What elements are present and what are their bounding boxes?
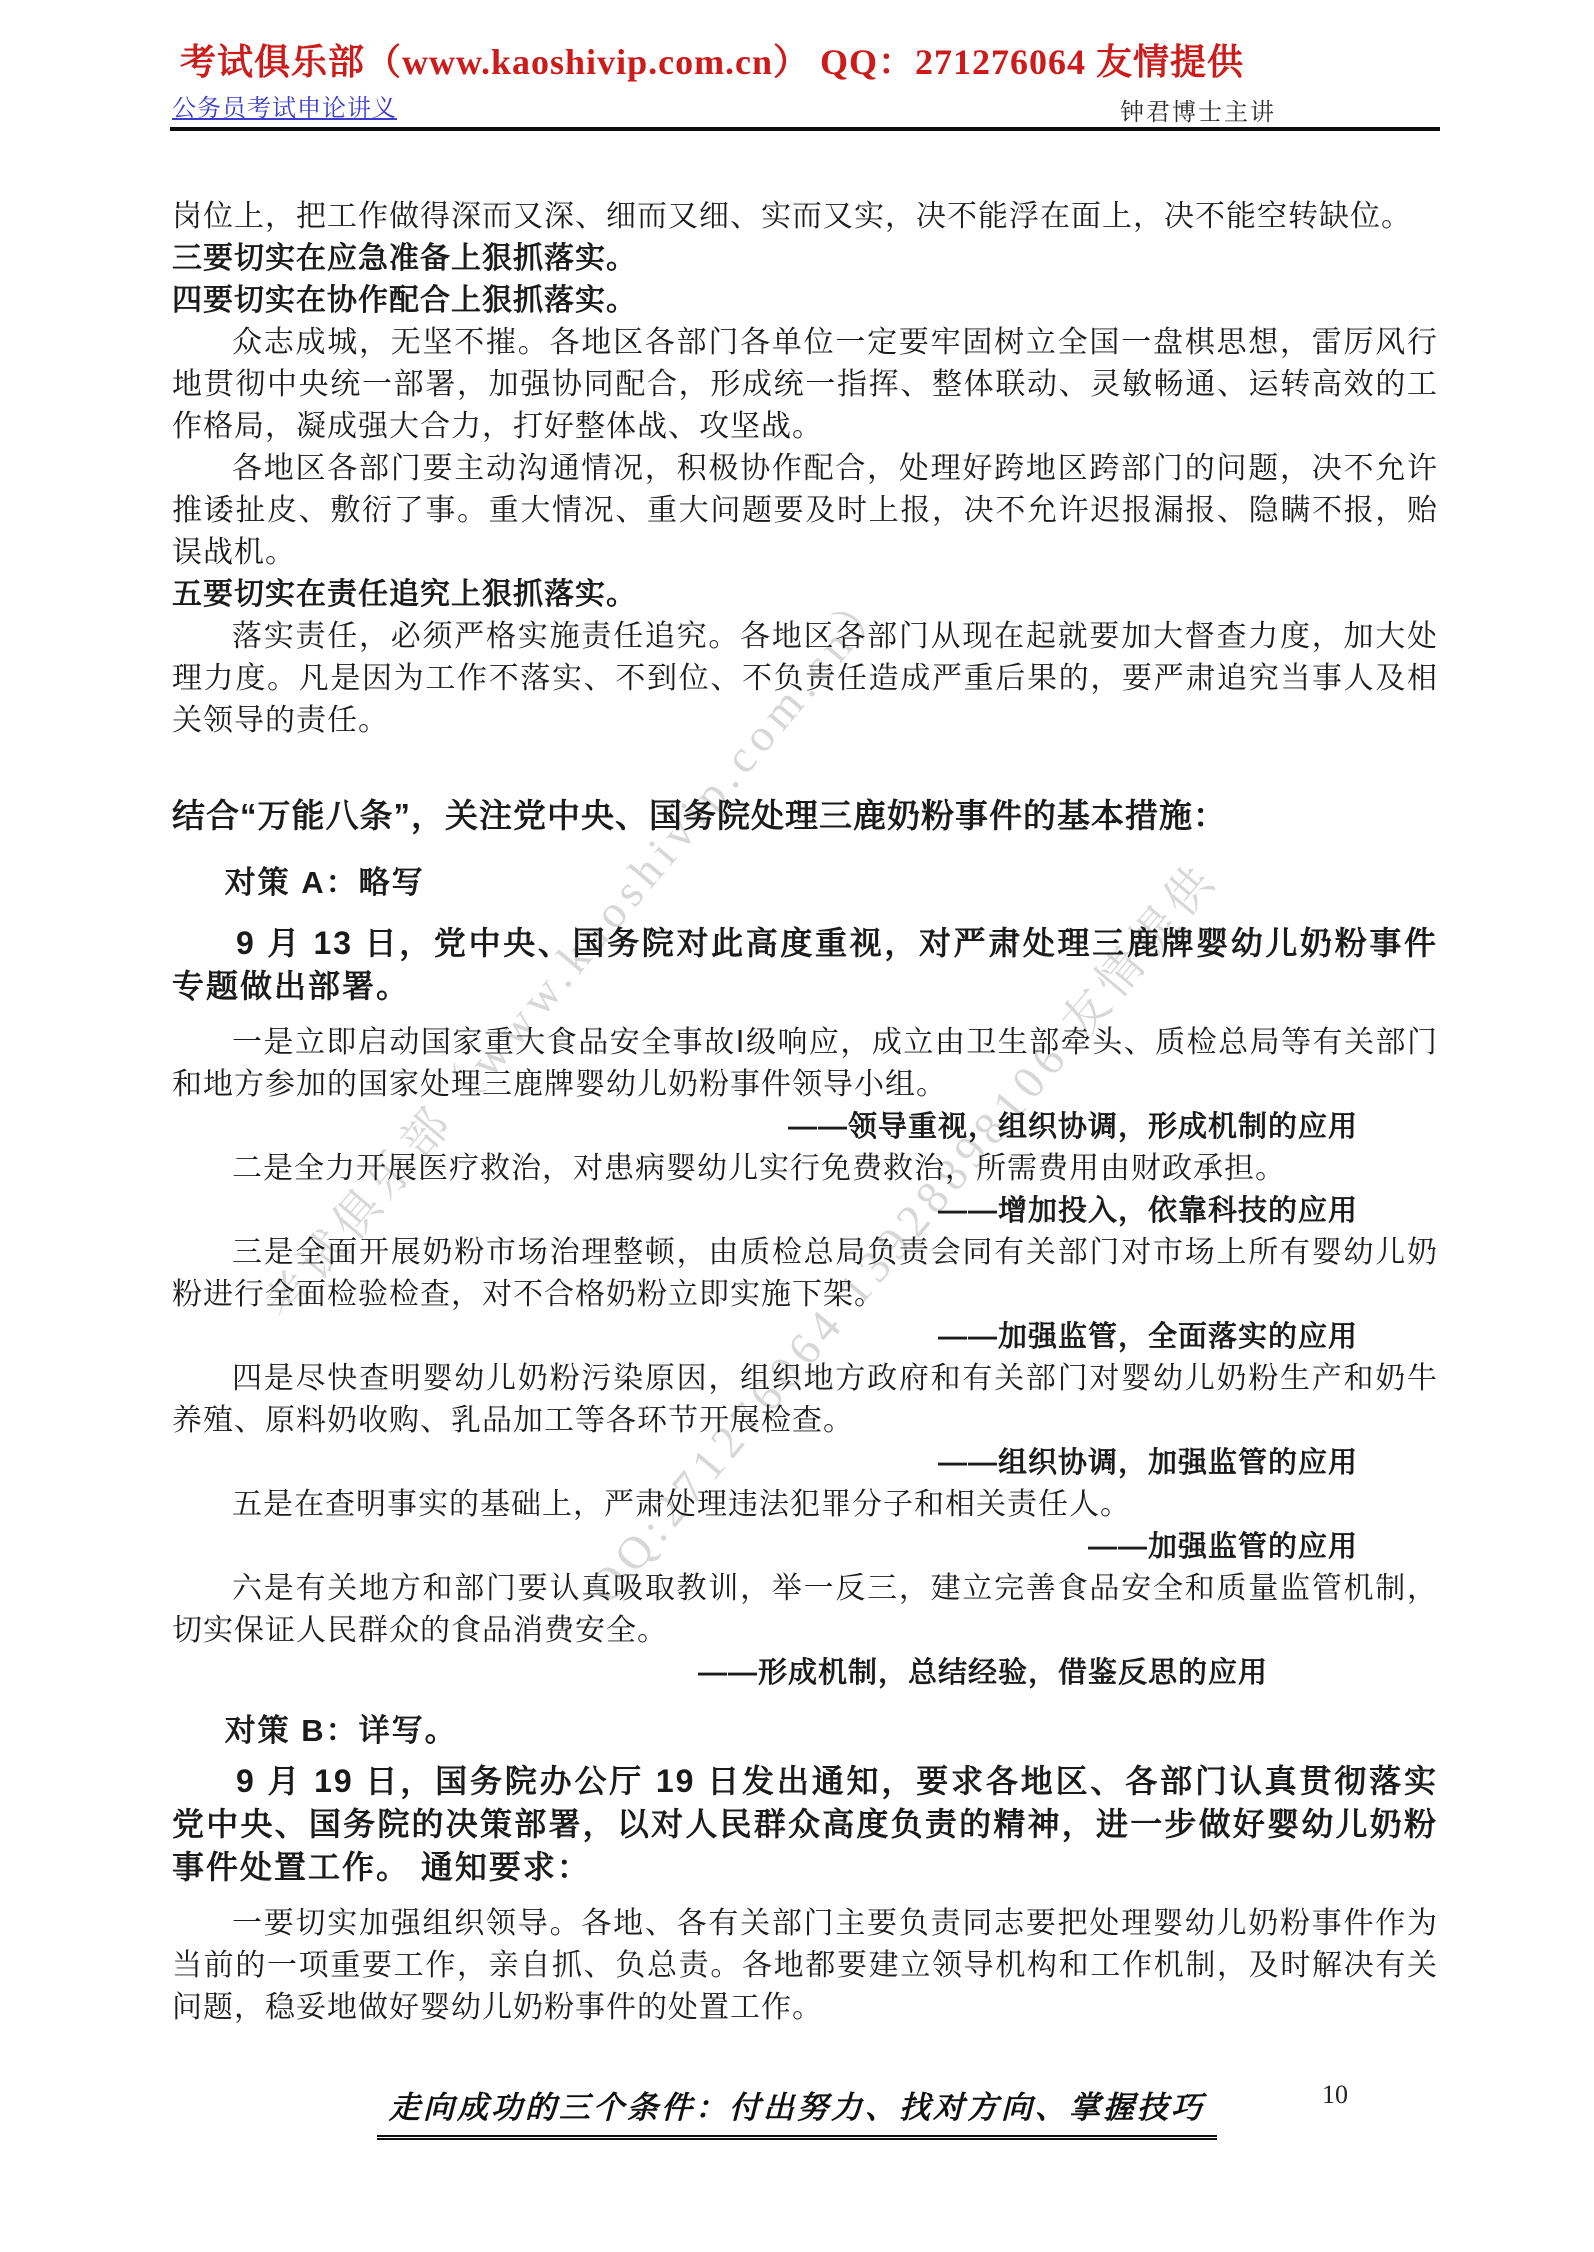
tag-line: ——增加投入，依靠科技的应用	[172, 1190, 1438, 1232]
bold-paragraph: 9 月 19 日，国务院办公厅 19 日发出通知，要求各地区、各部门认真贯彻落实…	[172, 1760, 1438, 1889]
paragraph: 一要切实加强组织领导。各地、各有关部门主要负责同志要把处理婴幼儿奶粉事件作为当前…	[172, 1903, 1438, 2029]
paragraph: 六是有关地方和部门要认真吸取教训，举一反三，建立完善食品安全和质量监管机制，切实…	[172, 1568, 1438, 1652]
bold-heading-three: 三要切实在应急准备上狠抓落实。	[172, 238, 1438, 280]
document-page: 考试俱乐部（www.kaoshivip.com.cn） QQ:271276064…	[0, 0, 1594, 2252]
paragraph: 四是尽快查明婴幼儿奶粉污染原因，组织地方政府和有关部门对婴幼儿奶粉生产和奶牛养殖…	[172, 1358, 1438, 1442]
tag-line: ——加强监管，全面落实的应用	[172, 1316, 1438, 1358]
paragraph: 落实责任，必须严格实施责任追究。各地区各部门从现在起就要加大督查力度，加大处理力…	[172, 616, 1438, 742]
paragraph: 一是立即启动国家重大食品安全事故Ⅰ级响应，成立由卫生部牵头、质检总局等有关部门和…	[172, 1022, 1438, 1106]
section-title: 结合“万能八条”，关注党中央、国务院处理三鹿奶粉事件的基本措施：	[172, 794, 1438, 838]
paragraph-continuation: 岗位上，把工作做得深而又深、细而又细、实而又实，决不能浮在面上，决不能空转缺位。	[172, 196, 1438, 238]
paragraph: 各地区各部门要主动沟通情况，积极协作配合，处理好跨地区跨部门的问题，决不允许推诿…	[172, 448, 1438, 574]
header-banner: 考试俱乐部（www.kaoshivip.com.cn） QQ：271276064…	[180, 34, 1520, 85]
paragraph: 二是全力开展医疗救治，对患病婴幼儿实行免费救治，所需费用由财政承担。	[172, 1148, 1438, 1190]
footer-slogan: 走向成功的三个条件：付出努力、找对方向、掌握技巧	[377, 2082, 1217, 2140]
page-number: 10	[1322, 2080, 1348, 2110]
tag-line: ——领导重视，组织协调，形成机制的应用	[172, 1106, 1438, 1148]
strategy-b-title: 对策 B：详写。	[172, 1710, 1438, 1752]
bold-heading-four: 四要切实在协作配合上狠抓落实。	[172, 280, 1438, 322]
bold-heading-five: 五要切实在责任追究上狠抓落实。	[172, 574, 1438, 616]
bold-paragraph: 9 月 13 日，党中央、国务院对此高度重视，对严肃处理三鹿牌婴幼儿奶粉事件专题…	[172, 922, 1438, 1008]
document-body: 岗位上，把工作做得深而又深、细而又细、实而又实，决不能浮在面上，决不能空转缺位。…	[172, 196, 1438, 2029]
tag-line: ——加强监管的应用	[172, 1526, 1438, 1568]
header-subtitle-right: 钟君博士主讲	[1120, 92, 1276, 127]
paragraph: 五是在查明事实的基础上，严肃处理违法犯罪分子和相关责任人。	[172, 1484, 1438, 1526]
tag-line: ——组织协调，加强监管的应用	[172, 1442, 1438, 1484]
paragraph: 三是全面开展奶粉市场治理整顿，由质检总局负责会同有关部门对市场上所有婴幼儿奶粉进…	[172, 1232, 1438, 1316]
header-subtitle-left: 公务员考试申论讲义	[172, 88, 397, 123]
tag-line: ——形成机制，总结经验，借鉴反思的应用	[172, 1652, 1438, 1694]
strategy-a-title: 对策 A：略写	[172, 862, 1438, 904]
paragraph: 众志成城，无坚不摧。各地区各部门各单位一定要牢固树立全国一盘棋思想，雷厉风行地贯…	[172, 322, 1438, 448]
header-divider	[170, 127, 1440, 131]
